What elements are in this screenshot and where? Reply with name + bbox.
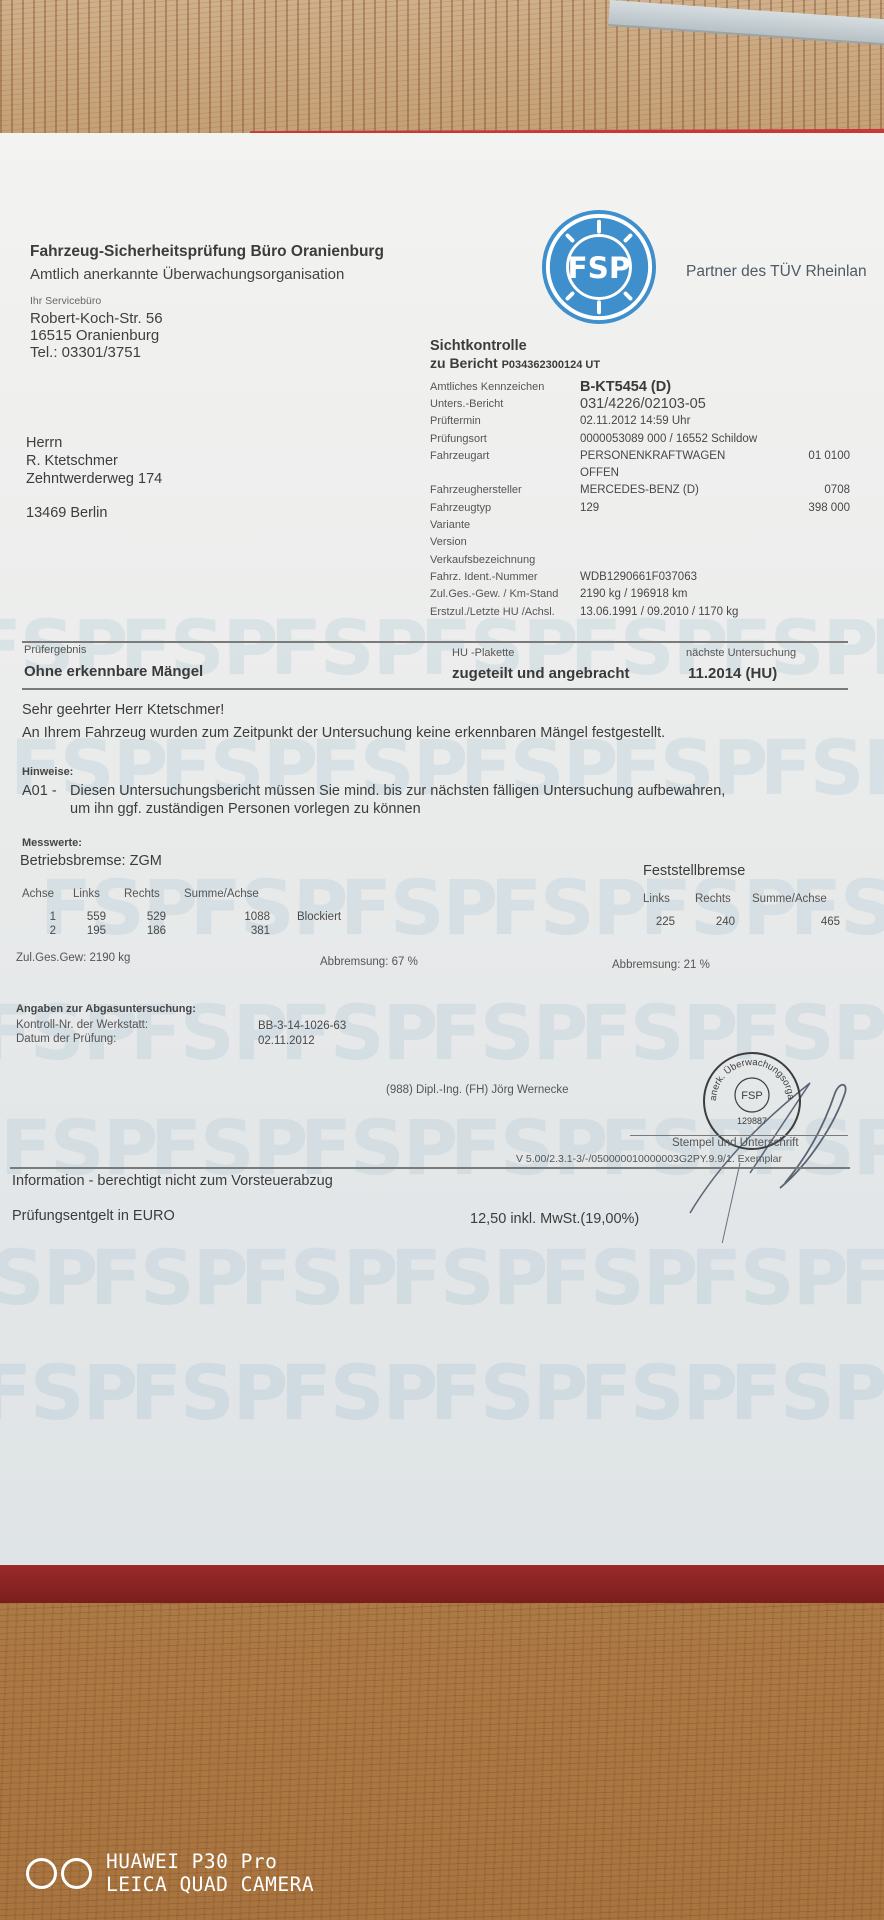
kontroll-label: Kontroll-Nr. der Werkstatt: <box>16 1019 148 1031</box>
vehicle-info-row: OFFEN <box>430 464 850 481</box>
fb-summe: 465 <box>800 916 840 928</box>
vehicle-info-row: Fahrzeugtyp129398 000 <box>430 499 850 516</box>
svg-text:FSP: FSP <box>567 251 630 285</box>
datum-value: 02.11.2012 <box>258 1035 315 1047</box>
vehicle-info-value: OFFEN <box>580 467 760 479</box>
bb-row2-achse: 2 <box>40 925 56 937</box>
bb-row2-summe: 381 <box>220 925 270 937</box>
fsp-watermark: FSP <box>430 1348 586 1437</box>
vehicle-info-code: 01 0100 <box>760 450 850 462</box>
vehicle-info-label: Erstzul./Letzte HU /Achsl. <box>430 606 580 618</box>
divider <box>22 641 848 643</box>
fsp-watermark: FSP <box>870 603 884 692</box>
vehicle-info-row: Version <box>430 534 850 551</box>
office-street: Robert-Koch-Str. 56 <box>30 310 163 327</box>
bb-row1-rechts: 529 <box>136 911 166 923</box>
fsp-watermark: FSP <box>270 603 426 692</box>
vehicle-info-label: Version <box>430 536 580 548</box>
fsp-watermark: FSP <box>880 988 884 1077</box>
vehicle-info-value: 031/4226/02103-05 <box>580 396 760 412</box>
fsp-watermark: FSP <box>430 988 586 1077</box>
abgas-label: Angaben zur Abgasuntersuchung: <box>16 1003 196 1015</box>
inspection-report-paper: FSPFSPFSPFSPFSPFSPFSPFSPFSPFSPFSPFSPFSPF… <box>0 133 884 1568</box>
fb-header-rechts: Rechts <box>695 893 731 905</box>
fb-header-links: Links <box>643 893 670 905</box>
fee-value: 12,50 inkl. MwSt.(19,00%) <box>470 1211 639 1227</box>
fb-rechts: 240 <box>700 916 735 928</box>
fsp-watermark: FSP <box>390 1233 546 1322</box>
vehicle-info-row: FahrzeugherstellerMERCEDES-BENZ (D)0708 <box>430 482 850 499</box>
betriebsbremse-title: Betriebsbremse: ZGM <box>20 853 162 869</box>
fsp-watermark: FSP <box>540 1233 696 1322</box>
inspector-name: (988) Dipl.-Ing. (FH) Jörg Wernecke <box>386 1084 569 1096</box>
plakette-value: zugeteilt und angebracht <box>452 665 630 682</box>
leica-rings-icon <box>26 1858 92 1889</box>
bb-row1-links: 559 <box>76 911 106 923</box>
fb-links: 225 <box>640 916 675 928</box>
fsp-watermark: FSP <box>190 863 346 952</box>
vehicle-info-row: Prüftermin02.11.2012 14:59 Uhr <box>430 413 850 430</box>
messwerte-label: Messwerte: <box>22 837 82 849</box>
vehicle-info-row: Zul.Ges.-Gew. / Km-Stand2190 kg / 196918… <box>430 586 850 603</box>
feststellbremse-title: Feststellbremse <box>643 863 745 879</box>
fsp-watermark: FSP <box>490 863 646 952</box>
vehicle-info-code: 0708 <box>760 484 850 496</box>
organization-subtitle: Amtlich anerkannte Überwachungsorganisat… <box>30 266 344 283</box>
vehicle-info-label: Fahrz. Ident.-Nummer <box>430 571 580 583</box>
report-subtitle: zu Bericht P034362300124 UT <box>430 355 600 371</box>
fsp-watermark: FSP <box>130 1348 286 1437</box>
bb-header-rechts: Rechts <box>124 888 160 900</box>
bb-row1-summe: 1088 <box>220 911 270 923</box>
plakette-label: HU -Plakette <box>452 647 514 659</box>
vehicle-info-value: WDB1290661F037063 <box>580 571 760 583</box>
office-phone: Tel.: 03301/3751 <box>30 344 141 361</box>
vehicle-info-value: 0000053089 000 / 16552 Schildow <box>580 433 760 445</box>
report-title: Sichtkontrolle <box>430 338 527 354</box>
fsp-watermark: FSP <box>580 1348 736 1437</box>
bb-header-links: Links <box>73 888 100 900</box>
next-inspection-label: nächste Untersuchung <box>686 647 796 659</box>
bb-row2-links: 195 <box>76 925 106 937</box>
fee-info: Information - berechtigt nicht zum Vorst… <box>12 1173 333 1189</box>
recipient-salutation: Herrn <box>26 435 62 451</box>
fsp-watermark: FSP <box>450 1103 606 1192</box>
vehicle-info-label: Zul.Ges.-Gew. / Km-Stand <box>430 588 580 600</box>
pruefergebnis-label: Prüfergebnis <box>24 644 86 656</box>
fsp-watermark: FSP <box>90 1233 246 1322</box>
fsp-logo-icon: FSP <box>540 208 658 326</box>
version-line: V 5.00/2.3.1-3/-/050000010000003G2PY.9.9… <box>516 1153 782 1165</box>
vehicle-info-label: Fahrzeugtyp <box>430 502 580 514</box>
vehicle-info-row: Fahrz. Ident.-NummerWDB1290661F037063 <box>430 568 850 585</box>
datum-label: Datum der Prüfung: <box>16 1033 116 1045</box>
vehicle-info-row: Variante <box>430 516 850 533</box>
svg-text:FSP: FSP <box>741 1090 762 1102</box>
fsp-watermark: FSP <box>130 988 286 1077</box>
bb-header-achse: Achse <box>22 888 54 900</box>
letter-body: An Ihrem Fahrzeug wurden zum Zeitpunkt d… <box>22 725 665 741</box>
fsp-watermark: FSP <box>280 988 436 1077</box>
vehicle-info-value: PERSONENKRAFTWAGEN <box>580 450 760 462</box>
fsp-watermark: FSP <box>0 1233 96 1322</box>
fsp-watermark: FSP <box>760 723 884 812</box>
vehicle-info-label: Verkaufsbezeichnung <box>430 554 580 566</box>
hinweise-label: Hinweise: <box>22 766 73 778</box>
divider <box>22 688 848 690</box>
letter-greeting: Sehr geehrter Herr Ktetschmer! <box>22 702 224 718</box>
vehicle-info-value: B-KT5454 (D) <box>580 379 760 395</box>
vehicle-info-label: Prüftermin <box>430 415 580 427</box>
fsp-watermark: FSP <box>730 1348 884 1437</box>
vehicle-info-row: Prüfungsort0000053089 000 / 16552 Schild… <box>430 430 850 447</box>
office-city: 16515 Oranienburg <box>30 327 159 344</box>
divider <box>10 1167 850 1169</box>
fsp-watermark: FSP <box>880 1348 884 1437</box>
camera-lens: LEICA QUAD CAMERA <box>106 1873 314 1896</box>
fb-abbremsung: Abbremsung: 21 % <box>612 959 710 971</box>
fsp-watermark: FSP <box>790 863 884 952</box>
fsp-watermark: FSP <box>40 863 196 952</box>
vehicle-info-label: Unters.-Bericht <box>430 398 580 410</box>
stamp-label: Stempel und Unterschrift <box>672 1137 799 1149</box>
vehicle-info-label: Variante <box>430 519 580 531</box>
report-subtitle-prefix: zu Bericht <box>430 355 498 371</box>
vehicle-info-label: Fahrzeugart <box>430 450 580 462</box>
vehicle-info-table: Amtliches KennzeichenB-KT5454 (D)Unters.… <box>430 378 850 620</box>
fb-header-summe: Summe/Achse <box>752 893 827 905</box>
red-folder-edge-bottom <box>0 1565 884 1603</box>
camera-model: HUAWEI P30 Pro <box>106 1850 314 1873</box>
fsp-watermark: FSP <box>690 1233 846 1322</box>
fsp-watermark: FSP <box>240 1233 396 1322</box>
next-inspection-value: 11.2014 (HU) <box>688 665 777 682</box>
bb-weight: Zul.Ges.Gew: 2190 kg <box>16 952 130 964</box>
hinweis-line-2: um ihn ggf. zuständigen Personen vorlege… <box>70 801 421 817</box>
bb-header-summe: Summe/Achse <box>184 888 259 900</box>
vehicle-info-value: 2190 kg / 196918 km <box>580 588 760 600</box>
bb-row2-rechts: 186 <box>136 925 166 937</box>
vehicle-info-value: MERCEDES-BENZ (D) <box>580 484 760 496</box>
vehicle-info-value: 13.06.1991 / 09.2010 / 1170 kg <box>580 606 760 618</box>
vehicle-info-label: Fahrzeughersteller <box>430 484 580 496</box>
bb-row1-note: Blockiert <box>297 911 341 923</box>
vehicle-info-value: 129 <box>580 502 760 514</box>
organization-name: Fahrzeug-Sicherheitsprüfung Büro Oranien… <box>30 243 384 261</box>
recipient-city: 13469 Berlin <box>26 505 107 521</box>
vehicle-info-row: Amtliches KennzeichenB-KT5454 (D) <box>430 378 850 395</box>
fsp-watermark: FSP <box>280 1348 436 1437</box>
kontroll-value: BB-3-14-1026-63 <box>258 1020 346 1032</box>
pruefergebnis-value: Ohne erkennbare Mängel <box>24 663 203 680</box>
vehicle-info-label: Amtliches Kennzeichen <box>430 381 580 393</box>
signature-line <box>630 1135 848 1136</box>
fsp-watermark: FSP <box>0 1348 136 1437</box>
partner-tuev-text: Partner des TÜV Rheinlan <box>686 263 867 281</box>
hinweis-line-1: Diesen Untersuchungsbericht müssen Sie m… <box>70 783 725 799</box>
vehicle-info-row: Verkaufsbezeichnung <box>430 551 850 568</box>
vehicle-info-row: Erstzul./Letzte HU /Achsl.13.06.1991 / 0… <box>430 603 850 620</box>
recipient-street: Zehntwerderweg 174 <box>26 471 162 487</box>
svg-text:129887: 129887 <box>737 1116 767 1126</box>
fsp-watermark: FSP <box>840 1233 884 1322</box>
camera-watermark: HUAWEI P30 Pro LEICA QUAD CAMERA <box>26 1850 314 1896</box>
bb-abbremsung: Abbremsung: 67 % <box>320 956 418 968</box>
vehicle-info-code: 398 000 <box>760 502 850 514</box>
service-office-label: Ihr Servicebüro <box>30 295 101 307</box>
recipient-name: R. Ktetschmer <box>26 453 118 469</box>
hinweis-code: A01 - <box>22 783 57 799</box>
vehicle-info-label: Prüfungsort <box>430 433 580 445</box>
bb-row1-achse: 1 <box>40 911 56 923</box>
report-number: P034362300124 UT <box>502 359 600 371</box>
fsp-watermark: FSP <box>340 863 496 952</box>
fee-label: Prüfungsentgelt in EURO <box>12 1208 175 1224</box>
vehicle-info-row: Unters.-Bericht031/4226/02103-05 <box>430 395 850 412</box>
vehicle-info-row: FahrzeugartPERSONENKRAFTWAGEN01 0100 <box>430 447 850 464</box>
vehicle-info-value: 02.11.2012 14:59 Uhr <box>580 415 760 427</box>
